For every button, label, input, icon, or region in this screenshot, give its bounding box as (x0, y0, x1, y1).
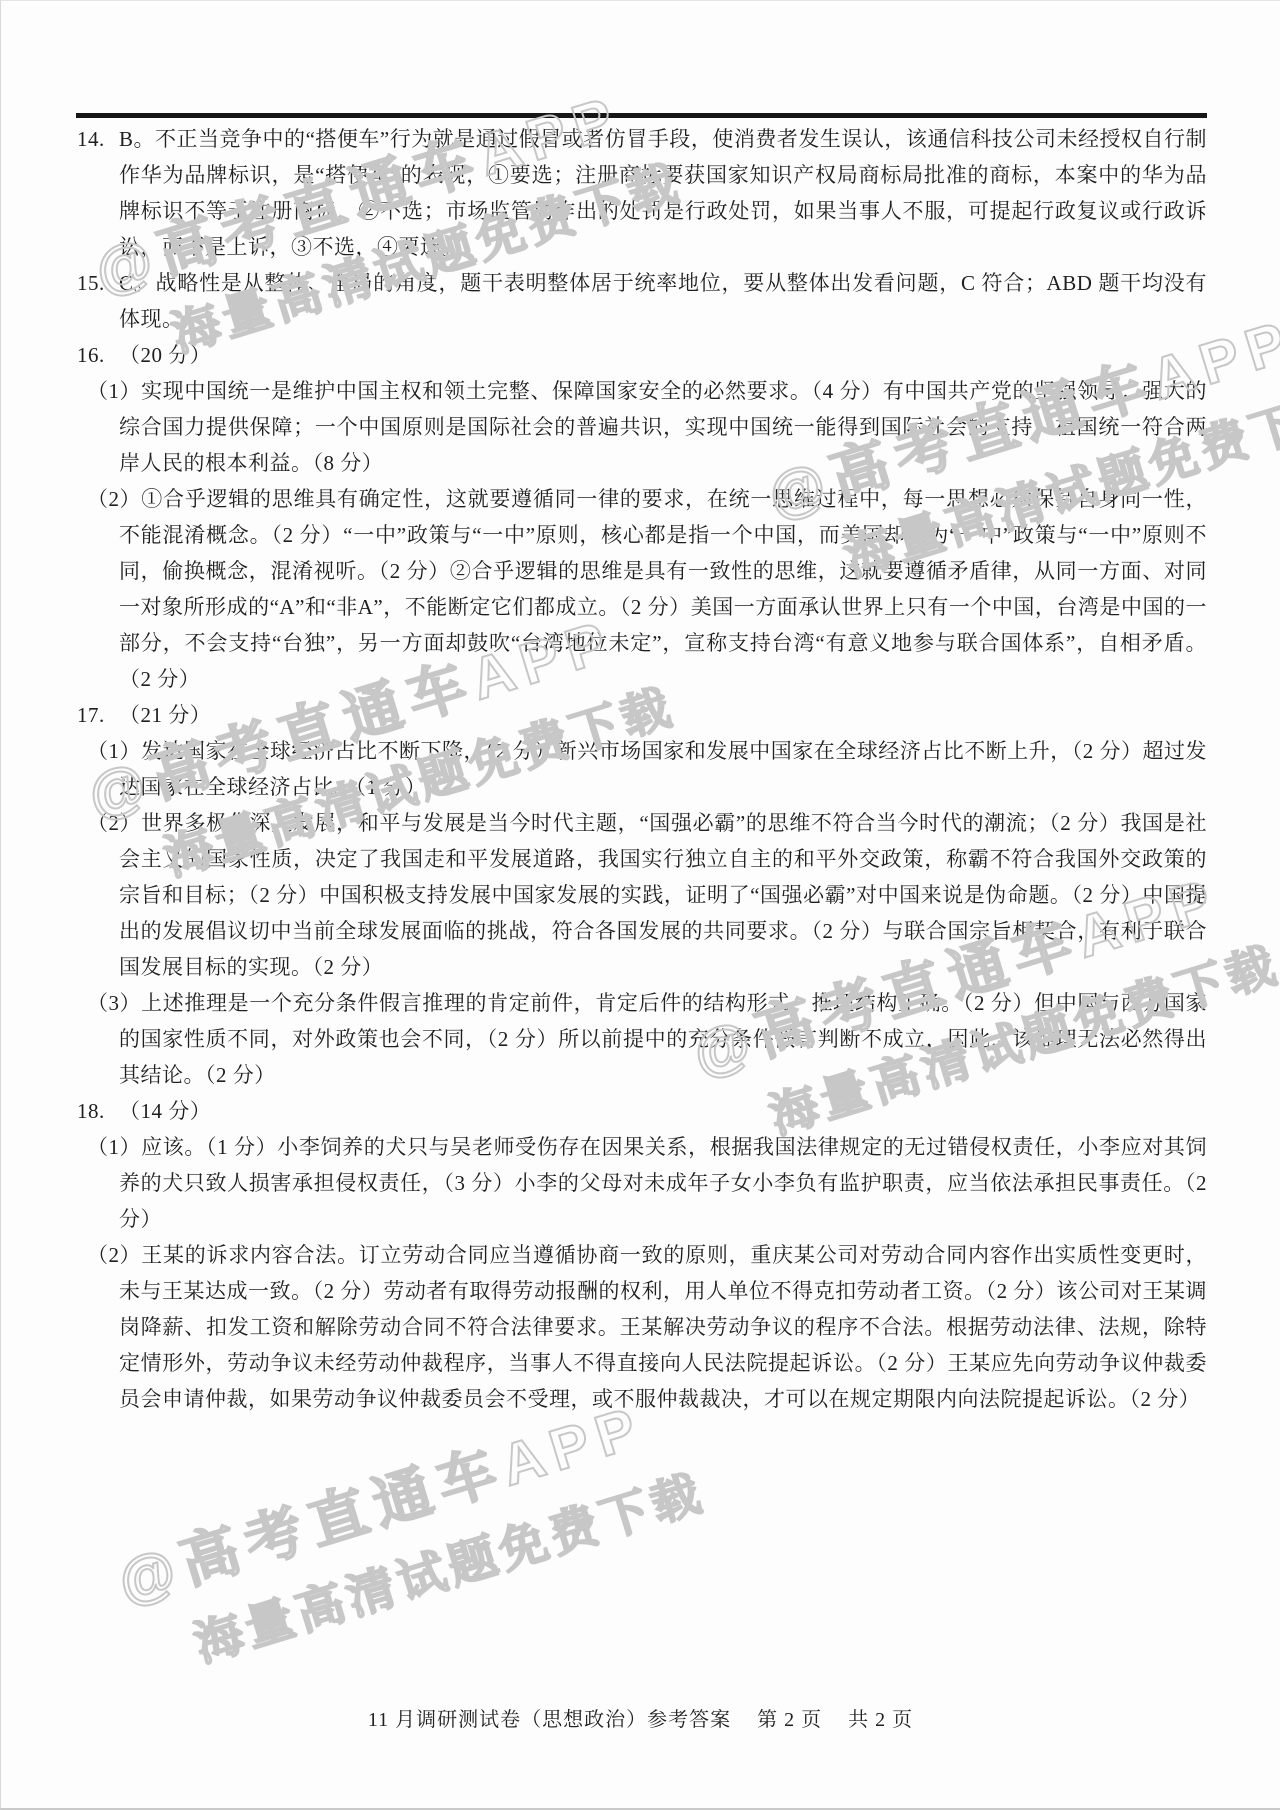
answer-item-18-sub-1: （1）应该。（1 分）小李饲养的犬只与吴老师受伤存在因果关系，根据我国法律规定的… (77, 1129, 1207, 1237)
answer-score: （20 分） (119, 343, 211, 367)
answer-sheet-page: 14.B。不正当竞争中的“搭便车”行为就是通过假冒或者仿冒手段，使消费者发生误认… (0, 0, 1280, 1810)
answer-item-18-sub-2: （2）王某的诉求内容合法。订立劳动合同应当遵循协商一致的原则，重庆某公司对劳动合… (77, 1237, 1207, 1417)
sub-number: （2） (87, 805, 141, 841)
answer-item-17-sub-3: （3）上述推理是一个充分条件假言推理的肯定前件，肯定后件的结构形式，推理结构正确… (77, 985, 1207, 1093)
answer-item-15: 15.C。战略性是从整体、全局的角度，题干表明整体居于统率地位，要从整体出发看问… (77, 265, 1207, 337)
answer-text: 王某的诉求内容合法。订立劳动合同应当遵循协商一致的原则，重庆某公司对劳动合同内容… (119, 1243, 1207, 1411)
sub-number: （1） (87, 1129, 141, 1165)
footer-page-number: 第 2 页 (757, 1709, 822, 1731)
answer-score: （21 分） (119, 703, 211, 727)
answer-text: 实现中国统一是维护中国主权和领土完整、保障国家安全的必然要求。（4 分）有中国共… (119, 379, 1207, 475)
answer-item-16-sub-2: （2）①合乎逻辑的思维具有确定性，这就要遵循同一律的要求，在统一思维过程中，每一… (77, 481, 1207, 697)
top-rule (76, 113, 1207, 118)
answer-item-18-head: 18.（14 分） (77, 1093, 1207, 1129)
answer-text: 应该。（1 分）小李饲养的犬只与吴老师受伤存在因果关系，根据我国法律规定的无过错… (119, 1135, 1207, 1231)
sub-number: （2） (87, 481, 141, 517)
sub-number: （1） (87, 373, 141, 409)
answer-text: 世界多极化深入发展，和平与发展是当今时代主题，“国强必霸”的思维不符合当今时代的… (119, 811, 1207, 979)
answer-item-17-sub-1: （1）发达国家在全球经济占比不断下降，（2 分）新兴市场国家和发展中国家在全球经… (77, 733, 1207, 805)
answer-text: C。战略性是从整体、全局的角度，题干表明整体居于统率地位，要从整体出发看问题，C… (119, 271, 1207, 331)
answer-number: 15. (77, 265, 119, 301)
sub-number: （2） (87, 1237, 141, 1273)
answer-item-17-sub-2: （2）世界多极化深入发展，和平与发展是当今时代主题，“国强必霸”的思维不符合当今… (77, 805, 1207, 985)
page-footer: 11 月调研测试卷（思想政治）参考答案第 2 页共 2 页 (1, 1703, 1280, 1732)
answers-list: 14.B。不正当竞争中的“搭便车”行为就是通过假冒或者仿冒手段，使消费者发生误认… (77, 121, 1207, 1417)
sub-number: （3） (87, 985, 141, 1021)
watermark-slogan: 海量高清试题免费下载 (185, 1454, 712, 1675)
answer-text: B。不正当竞争中的“搭便车”行为就是通过假冒或者仿冒手段，使消费者发生误认，该通… (119, 127, 1207, 259)
answer-item-16-head: 16.（20 分） (77, 337, 1207, 373)
answer-text: 上述推理是一个充分条件假言推理的肯定前件，肯定后件的结构形式，推理结构正确。（2… (119, 991, 1207, 1087)
footer-total-pages: 共 2 页 (848, 1709, 913, 1731)
sub-number: （1） (87, 733, 141, 769)
answer-text: 发达国家在全球经济占比不断下降，（2 分）新兴市场国家和发展中国家在全球经济占比… (119, 739, 1207, 799)
answer-text: ①合乎逻辑的思维具有确定性，这就要遵循同一律的要求，在统一思维过程中，每一思想必… (119, 487, 1207, 691)
footer-title: 11 月调研测试卷（思想政治）参考答案 (368, 1709, 731, 1731)
answer-number: 18. (77, 1093, 119, 1129)
answer-score: （14 分） (119, 1099, 211, 1123)
answer-item-16-sub-1: （1）实现中国统一是维护中国主权和领土完整、保障国家安全的必然要求。（4 分）有… (77, 373, 1207, 481)
answer-number: 14. (77, 121, 119, 157)
answer-number: 16. (77, 337, 119, 373)
answer-number: 17. (77, 697, 119, 733)
answer-item-17-head: 17.（21 分） (77, 697, 1207, 733)
answer-item-14: 14.B。不正当竞争中的“搭便车”行为就是通过假冒或者仿冒手段，使消费者发生误认… (77, 121, 1207, 265)
